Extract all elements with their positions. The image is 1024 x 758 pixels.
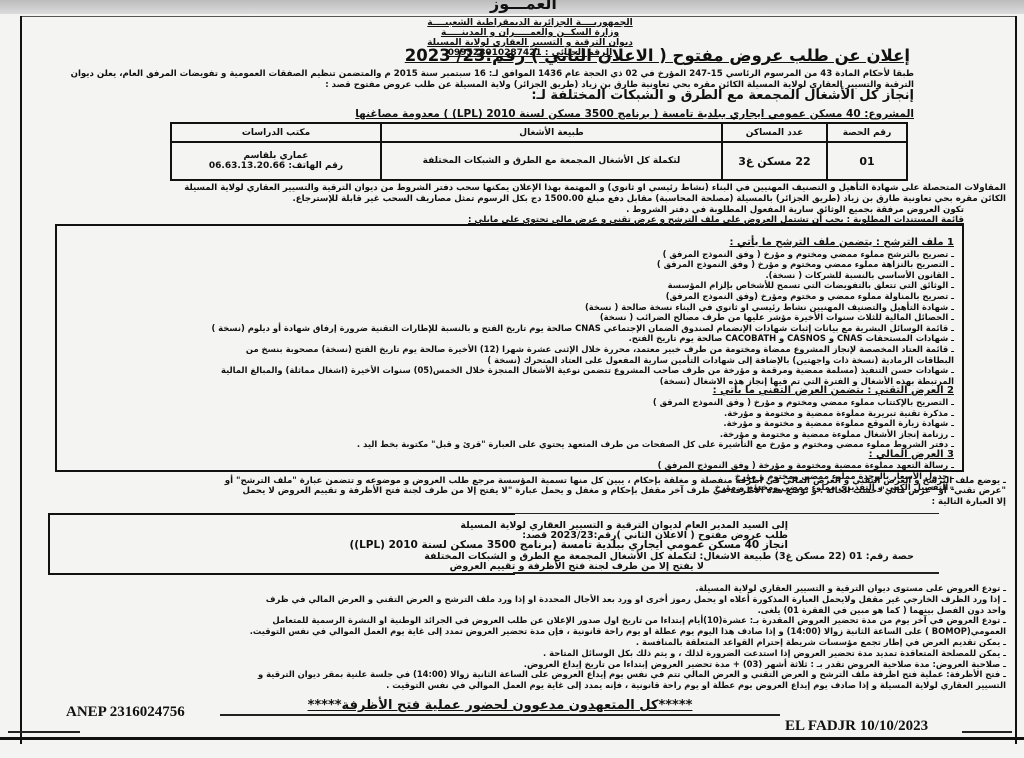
section-candidacy: 1 ملف الترشح : يتضمن ملف الترشح ما يأتي … <box>211 238 954 492</box>
note-line: ـ صلاحية العروض: مدة صلاحية العروض تقدر … <box>250 659 1006 670</box>
note-line: ـ تودع العروض على مستوى ديوان الترقية و … <box>250 583 1006 594</box>
envelope-line: لا يفتح إلا من طرف لجنة فتح الأظرفة و تق… <box>450 561 704 572</box>
list-item: ـ القانون الأساسي بالنسبة للشركات ( نسخة… <box>211 270 954 281</box>
anep-reference: ANEP 2316024756 <box>66 704 185 721</box>
list-item: ـ رزنامة إنجاز الأشغال مملوءة ممضية و مخ… <box>211 429 954 440</box>
envelope-line: انجاز 40 مسكن عمومي ايجاري ببلدية تامسة … <box>349 540 788 551</box>
list-item: ـ قائمة الوسائل البشرية مع بيانات إثبات … <box>211 323 954 334</box>
intro-purpose: إنجاز كل الأشغال المجمعة مع الطرق و الشب… <box>531 90 914 101</box>
list-item: ـ التصريح بالإكتتاب مملوء ممضي ومختوم و … <box>211 397 954 408</box>
header-line: الجمهوريــــة الجزائرية الديمقراطية الشع… <box>380 18 680 28</box>
intro-line: طبقا لأحكام المادة 43 من المرسوم الرئاسي… <box>71 69 914 80</box>
header-line: وزارة السكــن والعمـــــران و المدينــــ… <box>380 28 680 38</box>
list-item: ـ شهادات حسن التنفيذ (مسلمة ممضية ومرقمة… <box>211 365 954 376</box>
closing-invitation: *****كل المتعهدون مدعوون لحضور عملية فتح… <box>225 698 775 713</box>
note-line: ـ تودع العروض في آخر يوم من مدة تحضير ال… <box>250 615 1006 626</box>
list-item: ـ شهادات المستحقات CNAS و CASNOS و CACOB… <box>211 333 954 344</box>
list-item: البطاقات الرمادية (نسخة ذات واجهتين) بال… <box>211 355 954 366</box>
list-item: ـ تصريح بالترشح مملوء ممضي ومختوم و مؤرخ… <box>211 249 954 260</box>
section-title: 2 العرض التقني : يتضمن العرض التقني ما ي… <box>211 386 954 397</box>
scan-top-band: العمـــوز <box>0 0 1024 14</box>
masthead-fragment: العمـــوز <box>490 0 557 13</box>
list-item: ـ دفتر الشروط مملوء ممضي ومختوم و مؤرخ م… <box>211 439 954 450</box>
footer-rule <box>0 737 1024 740</box>
office-name: عماري بلقاسم <box>176 151 376 161</box>
envelope-instruction: "عرض تقني" أو "عرض مالي" حسب الحالة . و … <box>242 486 1006 497</box>
final-notes: ـ تودع العروض على مستوى ديوان الترقية و … <box>250 583 1006 691</box>
announcement-title: إعلان عن طلب عروض مفتوح ( الاعلان الثاني… <box>260 46 910 65</box>
envelope-instruction: إلا العبارة التالية : <box>932 497 1006 508</box>
list-item: ـ رسالة التعهد مملوءة ممضية ومختومة و مؤ… <box>211 460 954 471</box>
list-item: ـ تصريح بالمناولة مملوء ممضي و مختوم ومؤ… <box>211 291 954 302</box>
list-item: ـ شهادة زيارة الموقع مملوءة ممضية و مختو… <box>211 418 954 429</box>
condition-line: الكائن مقره بحي تعاونية طارق بن زياد (طر… <box>292 194 1006 205</box>
section-title: 3 العرض المالي : <box>211 450 954 461</box>
section-title: 1 ملف الترشح : يتضمن ملف الترشح ما يأتي … <box>211 238 954 249</box>
list-item: ـ الوثائق التي تتعلق بالتفويضات التي تسم… <box>211 280 954 291</box>
condition-line: المقاولات المتحصلة على شهادة التأهيل و ا… <box>184 183 1006 194</box>
list-item: ـ الحصائل المالية للثلاث سنوات الأخيرة م… <box>211 312 954 323</box>
note-line: التسيير العقاري لولاية المسيلة و إذا صاد… <box>250 680 1006 691</box>
note-line: العمومي(BOMOP ) على الساعة الثانية زوالا… <box>250 626 1006 637</box>
design-office: عماري بلقاسم رقم الهاتف: 06.63.13.20.66 <box>171 142 381 180</box>
note-line: ـ يمكن تقديم العرض في إطار تجمع مؤسسات ش… <box>250 637 1006 648</box>
newspaper-date: EL FADJR 10/10/2023 <box>785 718 928 735</box>
dwellings-count: 22 مسكن غ3 <box>722 142 827 180</box>
list-item: ـ التصريح بالنزاهة مملوء ممضي ومختوم و م… <box>211 259 954 270</box>
note-line: ـ يمكن للمصلحة المتعاقدة تمديد مدة تحضير… <box>250 648 1006 659</box>
works-table: رقم الحصة عدد المساكن طبيعة الأشغال مكتب… <box>170 122 908 181</box>
project-line: المشروع: 40 مسكن عمومي ايجاري ببلدية تام… <box>355 109 914 120</box>
works-nature: لتكملة كل الأشغال المجمعة مع الطرق و الش… <box>381 142 722 180</box>
list-item: ـ شهادة التأهيل والتصنيف المهنيين نشاط ر… <box>211 302 954 313</box>
list-item: ـ مذكرة تقنية تبريرية مملوءة ممضية و مخت… <box>211 408 954 419</box>
office-phone: رقم الهاتف: 06.63.13.20.66 <box>176 161 376 171</box>
col-dwellings: عدد المساكن <box>722 123 827 142</box>
note-line: ـ إذا ورد الظرف الخارجي غير مقفل ولايحمل… <box>250 594 1006 605</box>
col-office: مكتب الدراسات <box>171 123 381 142</box>
note-line: ـ فتح الأظرفة: عملية فتح اظرفة ملف الترش… <box>250 669 1006 680</box>
lot-number: 01 <box>827 142 907 180</box>
col-lot: رقم الحصة <box>827 123 907 142</box>
note-line: واحد دون الفصل بينهما ( كما هو مبين في ا… <box>250 605 1006 616</box>
table-row: 01 22 مسكن غ3 لتكملة كل الأشغال المجمعة … <box>171 142 907 180</box>
list-item: ـ قائمة العتاد المخصصة لإنجاز المشروع مم… <box>211 344 954 355</box>
col-nature: طبيعة الأشغال <box>381 123 722 142</box>
